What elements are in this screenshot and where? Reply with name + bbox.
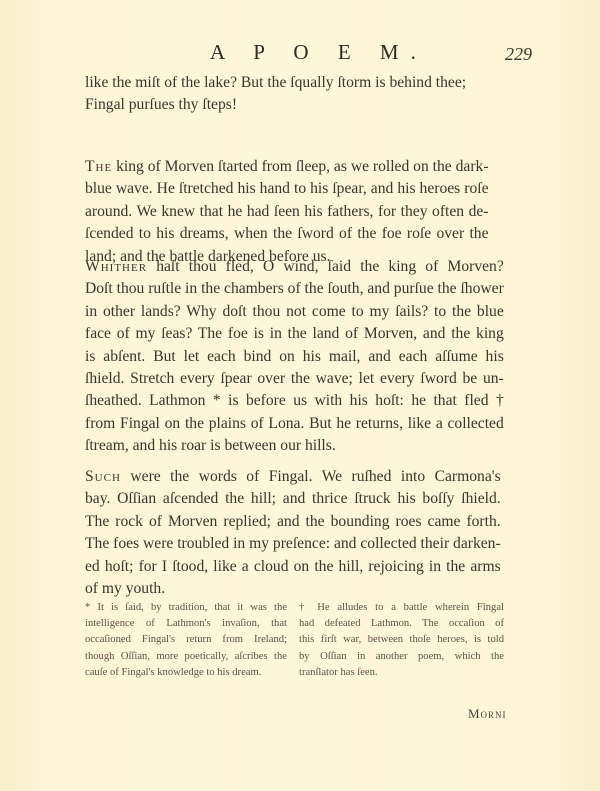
text-line: is abſent. But let each bind on his mail… bbox=[85, 346, 504, 368]
text-line: Fingal purſues thy ſteps! bbox=[85, 94, 466, 116]
paragraph-lead: Whither bbox=[85, 258, 147, 275]
text-line: were the words of Fingal. We ruſhed into… bbox=[130, 468, 500, 485]
text-line: like the miſt of the lake? But the ſqual… bbox=[85, 72, 466, 94]
text-line: The rock of Morven replied; and the boun… bbox=[85, 511, 501, 533]
text-line: blue wave. He ſtretched his hand to his … bbox=[85, 178, 489, 200]
text-line: The foes were troubled in my preſence: a… bbox=[85, 533, 501, 555]
text-line: ed hoſt; for I ſtood, like a cloud on th… bbox=[85, 556, 501, 578]
text-line: bay. Oſſian aſcended the hill; and thric… bbox=[85, 488, 501, 510]
text-line: ſhield. Stretch every ſpear over the wav… bbox=[85, 368, 504, 390]
footnote-line: * It is ſaid, by tradition, that it was … bbox=[85, 600, 287, 616]
footnote-line: cauſe of Fingal's knowledge to his dream… bbox=[85, 665, 287, 681]
footnote-asterisk: * It is ſaid, by tradition, that it was … bbox=[85, 600, 287, 681]
paragraph-lead: Such bbox=[85, 468, 121, 485]
text-line: ſheathed. Lathmon * is before us with hi… bbox=[85, 390, 504, 412]
footnote-line: by Oſſian in another poem, which the bbox=[299, 649, 504, 665]
paragraph-3: Whither haſt thou fled, O wind, ſaid the… bbox=[85, 256, 504, 458]
running-title: A P O E M. bbox=[210, 40, 428, 65]
footnote-line: occaſioned Fingal's return from Ireland; bbox=[85, 632, 287, 648]
paragraph-1: like the miſt of the lake? But the ſqual… bbox=[85, 72, 466, 117]
text-line: king of Morven ſtarted from ſleep, as we… bbox=[116, 158, 488, 175]
footnote-line: tranſlator has ſeen. bbox=[299, 665, 504, 681]
text-line: of my youth. bbox=[85, 578, 501, 600]
text-line: from Fingal on the plains of Lona. But h… bbox=[85, 413, 504, 435]
footnote-line: this firſt war, between thoſe heroes, is… bbox=[299, 632, 504, 648]
text-line: in other lands? Why doſt thou not come t… bbox=[85, 301, 504, 323]
paragraph-lead: The bbox=[85, 158, 112, 175]
page-header: A P O E M. 229 bbox=[0, 40, 600, 70]
footnote-line: had defeated Lathmon. The occaſion of bbox=[299, 616, 504, 632]
footnote-line: intelligence of Lathmon's invaſion, that bbox=[85, 616, 287, 632]
footnote-dagger: † He alludes to a battle wherein Fingal … bbox=[299, 600, 504, 681]
text-line: ſcended to his dreams, when the ſword of… bbox=[85, 223, 489, 245]
catchword: Morni bbox=[468, 706, 507, 722]
footnote-line: though Oſſian, more poetically, aſcribes… bbox=[85, 649, 287, 665]
text-line: haſt thou fled, O wind, ſaid the king of… bbox=[156, 258, 504, 275]
paragraph-2: The king of Morven ſtarted from ſleep, a… bbox=[85, 156, 489, 268]
text-line: ſtream, and his roar is between our hill… bbox=[85, 435, 504, 457]
paragraph-4: Such were the words of Fingal. We ruſhed… bbox=[85, 466, 501, 600]
page-number: 229 bbox=[505, 44, 532, 65]
text-line: face of my ſeas? The foe is in the land … bbox=[85, 323, 504, 345]
footnote-line: † He alludes to a battle wherein Fingal bbox=[299, 600, 504, 616]
book-page: A P O E M. 229 like the miſt of the lake… bbox=[0, 0, 600, 791]
text-line: Doſt thou ruſtle in the chambers of the … bbox=[85, 278, 504, 300]
text-line: around. We knew that he had ſeen his fat… bbox=[85, 201, 489, 223]
